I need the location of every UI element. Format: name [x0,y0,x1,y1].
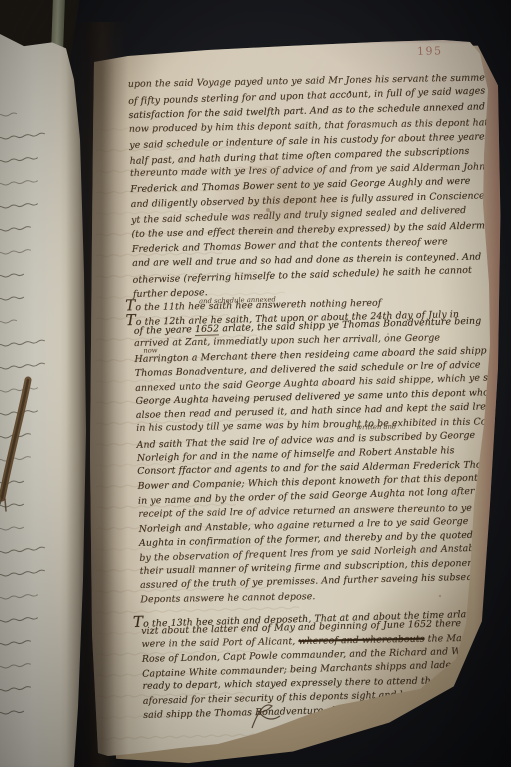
handwriting-layer: 195 Company upon the said Voyage payed u… [87,25,509,765]
facing-page-text-squiggles [0,20,94,767]
interlinear-insert: now [143,347,157,354]
manuscript-line: Deponts answere he cannot depose. [140,591,315,605]
catchword: Company [451,701,497,713]
interlinear-insert: written and [356,424,396,432]
facing-page [0,20,94,767]
bookmark-tassel [2,380,28,498]
page-number: 195 [417,44,443,58]
manuscript-page: 195 Company upon the said Voyage payed u… [88,34,492,764]
photo-background: 195 Company upon the said Voyage payed u… [0,0,511,767]
